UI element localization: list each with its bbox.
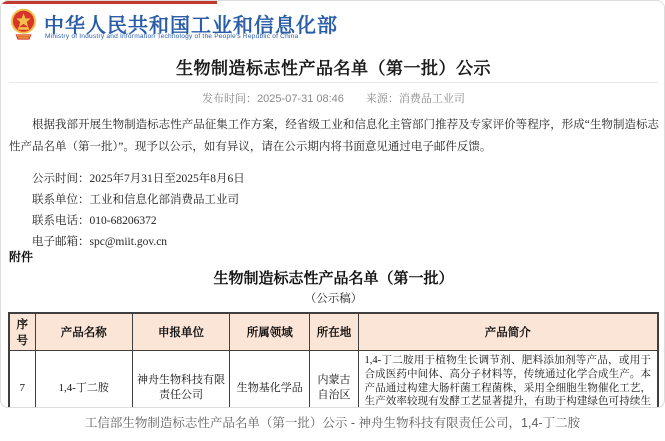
ministry-name-en: Ministry of Industry and Information Tec… <box>45 33 298 40</box>
announcement-body: 根据我部开展生物制造标志性产品征集工作方案，经省级工业和信息化主管部门推荐及专家… <box>9 114 659 158</box>
contact-info-block: 公示时间：2025年7月31日至2025年8月6日 联系单位：工业和信息化部消费… <box>9 169 659 253</box>
cell-field: 生物基化学品 <box>230 351 310 409</box>
cell-applicant: 神舟生物科技有限责任公司 <box>132 351 229 409</box>
title-divider <box>9 82 658 83</box>
contact-phone-line: 联系电话：010-68206372 <box>9 211 659 232</box>
page: 中华人民共和国工业和信息化部 Ministry of Industry and … <box>0 0 665 441</box>
contact-email-line: 电子邮箱：spc@miit.gov.cn <box>9 232 659 253</box>
announcement-screenshot-frame: 中华人民共和国工业和信息化部 Ministry of Industry and … <box>0 0 665 408</box>
table-subtitle: （公示稿） <box>1 290 665 306</box>
col-header-seq: 序号 <box>9 313 35 351</box>
col-header-field: 所属领域 <box>230 313 310 351</box>
col-header-product: 产品名称 <box>35 313 132 351</box>
cell-summary: 1,4-丁二胺用于植物生长调节剂、肥料添加剂等产品，或用于合成医药中间体、高分子… <box>358 351 658 409</box>
image-caption: 工信部生物制造标志性产品名单（第一批）公示 - 神舟生物科技有限责任公司，1,4… <box>0 413 665 431</box>
publish-time-label: 发布时间： <box>202 93 257 105</box>
table-row: 7 1,4-丁二胺 神舟生物科技有限责任公司 生物基化学品 内蒙古自治区 1,4… <box>9 351 658 409</box>
publicity-period-line: 公示时间：2025年7月31日至2025年8月6日 <box>9 169 659 190</box>
cell-location: 内蒙古自治区 <box>310 351 358 409</box>
product-list-table: 序号 产品名称 申报单位 所属领域 所在地 产品简介 7 1,4-丁二胺 神舟生… <box>8 312 659 408</box>
source-label: 来源： <box>366 93 399 105</box>
attachment-label: 附件 <box>9 248 33 265</box>
site-header: 中华人民共和国工业和信息化部 Ministry of Industry and … <box>1 4 665 48</box>
national-emblem-icon <box>10 8 37 41</box>
source-value: 消费品工业司 <box>399 93 465 105</box>
col-header-summary: 产品简介 <box>358 313 658 351</box>
table-header-row: 序号 产品名称 申报单位 所属领域 所在地 产品简介 <box>9 313 658 351</box>
publish-meta: 发布时间：2025-07-31 08:46来源：消费品工业司 <box>1 90 665 106</box>
cell-seq: 7 <box>9 351 35 409</box>
table-title: 生物制造标志性产品名单（第一批） <box>1 267 665 288</box>
publish-time-value: 2025-07-31 08:46 <box>257 93 344 105</box>
contact-unit-line: 联系单位：工业和信息化部消费品工业司 <box>9 190 659 211</box>
col-header-location: 所在地 <box>310 313 358 351</box>
cell-product: 1,4-丁二胺 <box>35 351 132 409</box>
announcement-title: 生物制造标志性产品名单（第一批）公示 <box>1 54 665 79</box>
col-header-applicant: 申报单位 <box>132 313 229 351</box>
